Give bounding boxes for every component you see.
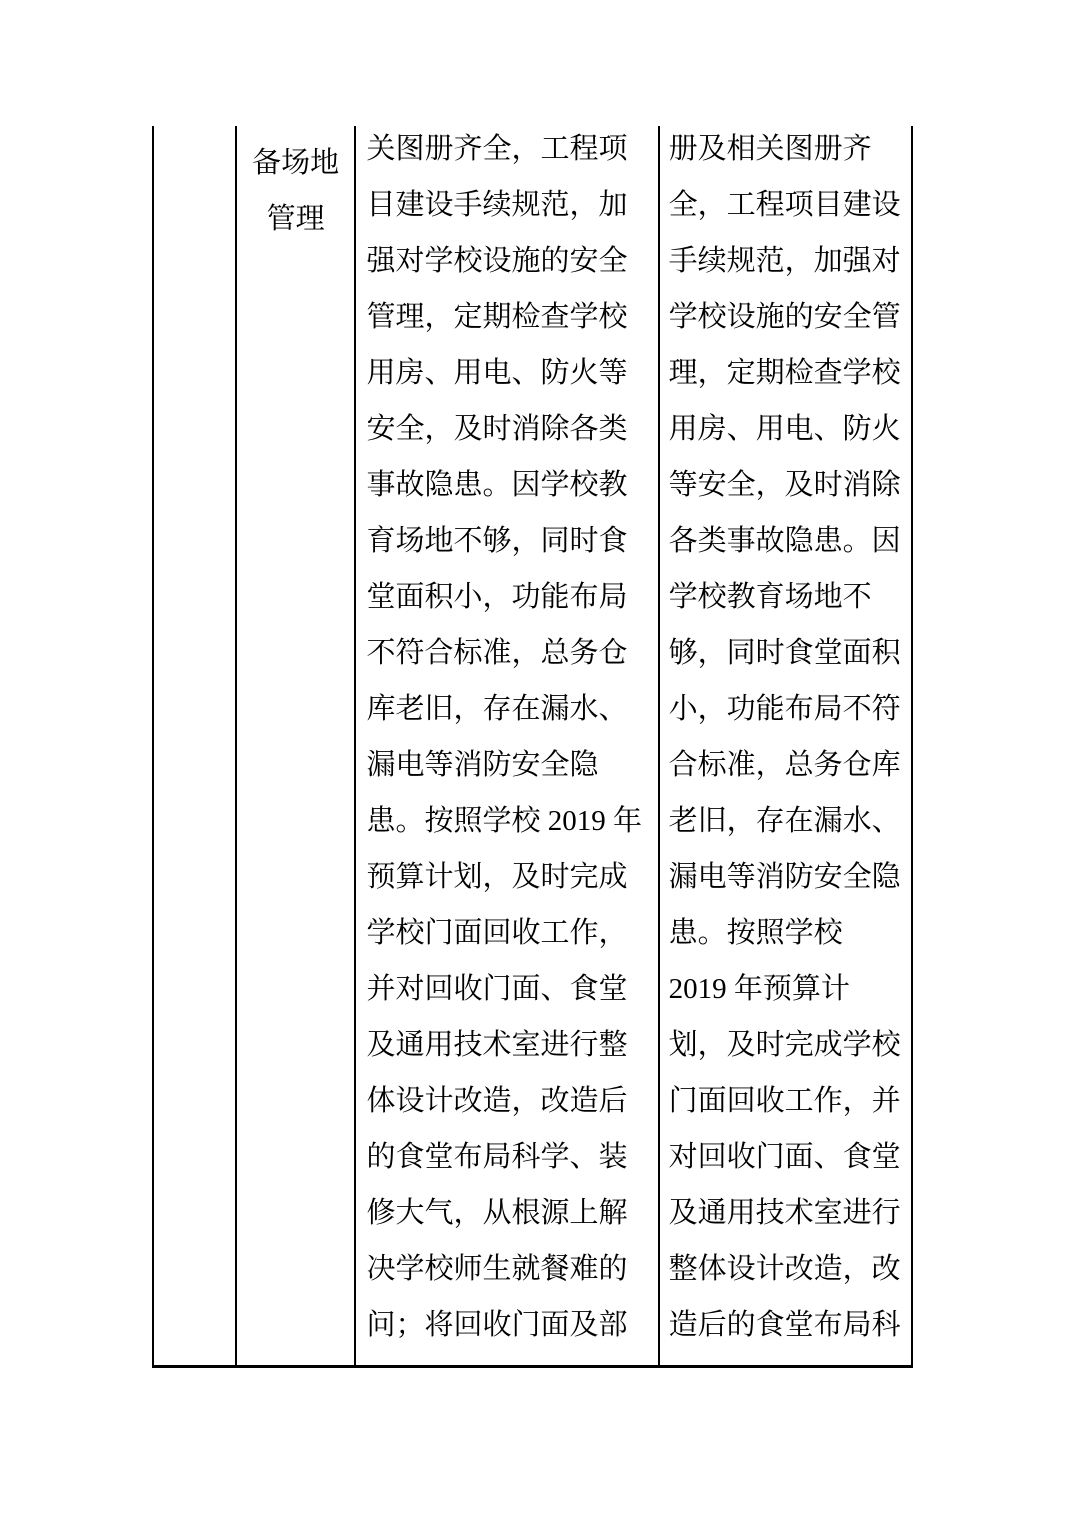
document-table: 备场地管理 关图册齐全，工程项目建设手续规范，加强对学校设施的安全管理，定期检查…: [152, 126, 913, 1368]
text-line: 不符合标准，总务仓: [366, 625, 651, 681]
text-line: 备场地: [237, 135, 355, 191]
text-line: 漏电等消防安全隐: [366, 737, 651, 793]
text-line: 管理: [237, 191, 355, 247]
text-line: 老旧，存在漏水、: [669, 793, 905, 849]
text-line: 决学校师生就餐难的: [366, 1241, 651, 1297]
text-line: 整体设计改造，改: [669, 1241, 905, 1297]
text-line: 漏电等消防安全隐: [669, 849, 905, 905]
text-line: 修大气，从根源上解: [366, 1185, 651, 1241]
text-line: 患。按照学校: [669, 905, 905, 961]
table-cell-category: 备场地管理: [237, 126, 357, 1365]
text-line: 用房、用电、防火等: [366, 345, 651, 401]
text-line: 库老旧，存在漏水、: [366, 681, 651, 737]
text-line: 事故隐患。因学校教: [366, 457, 651, 513]
category-text: 备场地管理: [237, 135, 355, 247]
text-line: 的食堂布局科学、装: [366, 1129, 651, 1185]
text-line: 强对学校设施的安全: [366, 233, 651, 289]
text-line: 学校教育场地不: [669, 569, 905, 625]
detail-right-text: 册及相关图册齐全，工程项目建设手续规范，加强对学校设施的安全管理，定期检查学校用…: [669, 126, 905, 1353]
text-line: 理，定期检查学校: [669, 345, 905, 401]
text-line: 够，同时食堂面积: [669, 625, 905, 681]
text-line: 对回收门面、食堂: [669, 1129, 905, 1185]
text-line: 册及相关图册齐: [669, 126, 905, 177]
text-line: 目建设手续规范，加: [366, 177, 651, 233]
detail-left-text: 关图册齐全，工程项目建设手续规范，加强对学校设施的安全管理，定期检查学校用房、用…: [366, 126, 651, 1353]
text-line: 等安全，及时消除: [669, 457, 905, 513]
table-cell-detail-right: 册及相关图册齐全，工程项目建设手续规范，加强对学校设施的安全管理，定期检查学校用…: [660, 126, 913, 1365]
text-line: 用房、用电、防火: [669, 401, 905, 457]
document-page: 备场地管理 关图册齐全，工程项目建设手续规范，加强对学校设施的安全管理，定期检查…: [0, 0, 1075, 1520]
text-line: 关图册齐全，工程项: [366, 126, 651, 177]
text-line: 患。按照学校 2019 年: [366, 793, 651, 849]
text-line: 管理，定期检查学校: [366, 289, 651, 345]
text-line: 各类事故隐患。因: [669, 513, 905, 569]
text-line: 及通用技术室进行整: [366, 1017, 651, 1073]
text-line: 门面回收工作，并: [669, 1073, 905, 1129]
text-line: 育场地不够，同时食: [366, 513, 651, 569]
text-line: 全，工程项目建设: [669, 177, 905, 233]
text-line: 体设计改造，改造后: [366, 1073, 651, 1129]
text-line: 学校门面回收工作，: [366, 905, 651, 961]
text-line: 堂面积小，功能布局: [366, 569, 651, 625]
text-line: 手续规范，加强对: [669, 233, 905, 289]
text-line: 安全，及时消除各类: [366, 401, 651, 457]
text-line: 划，及时完成学校: [669, 1017, 905, 1073]
text-line: 小，功能布局不符: [669, 681, 905, 737]
table-cell-detail-left: 关图册齐全，工程项目建设手续规范，加强对学校设施的安全管理，定期检查学校用房、用…: [356, 126, 659, 1365]
text-line: 合标准，总务仓库: [669, 737, 905, 793]
table-cell-row-number: [154, 126, 237, 1365]
text-line: 造后的食堂布局科: [669, 1297, 905, 1353]
text-line: 学校设施的安全管: [669, 289, 905, 345]
text-line: 并对回收门面、食堂: [366, 961, 651, 1017]
text-line: 及通用技术室进行: [669, 1185, 905, 1241]
text-line: 问；将回收门面及部: [366, 1297, 651, 1353]
text-line: 2019 年预算计: [669, 961, 905, 1017]
text-line: 预算计划，及时完成: [366, 849, 651, 905]
